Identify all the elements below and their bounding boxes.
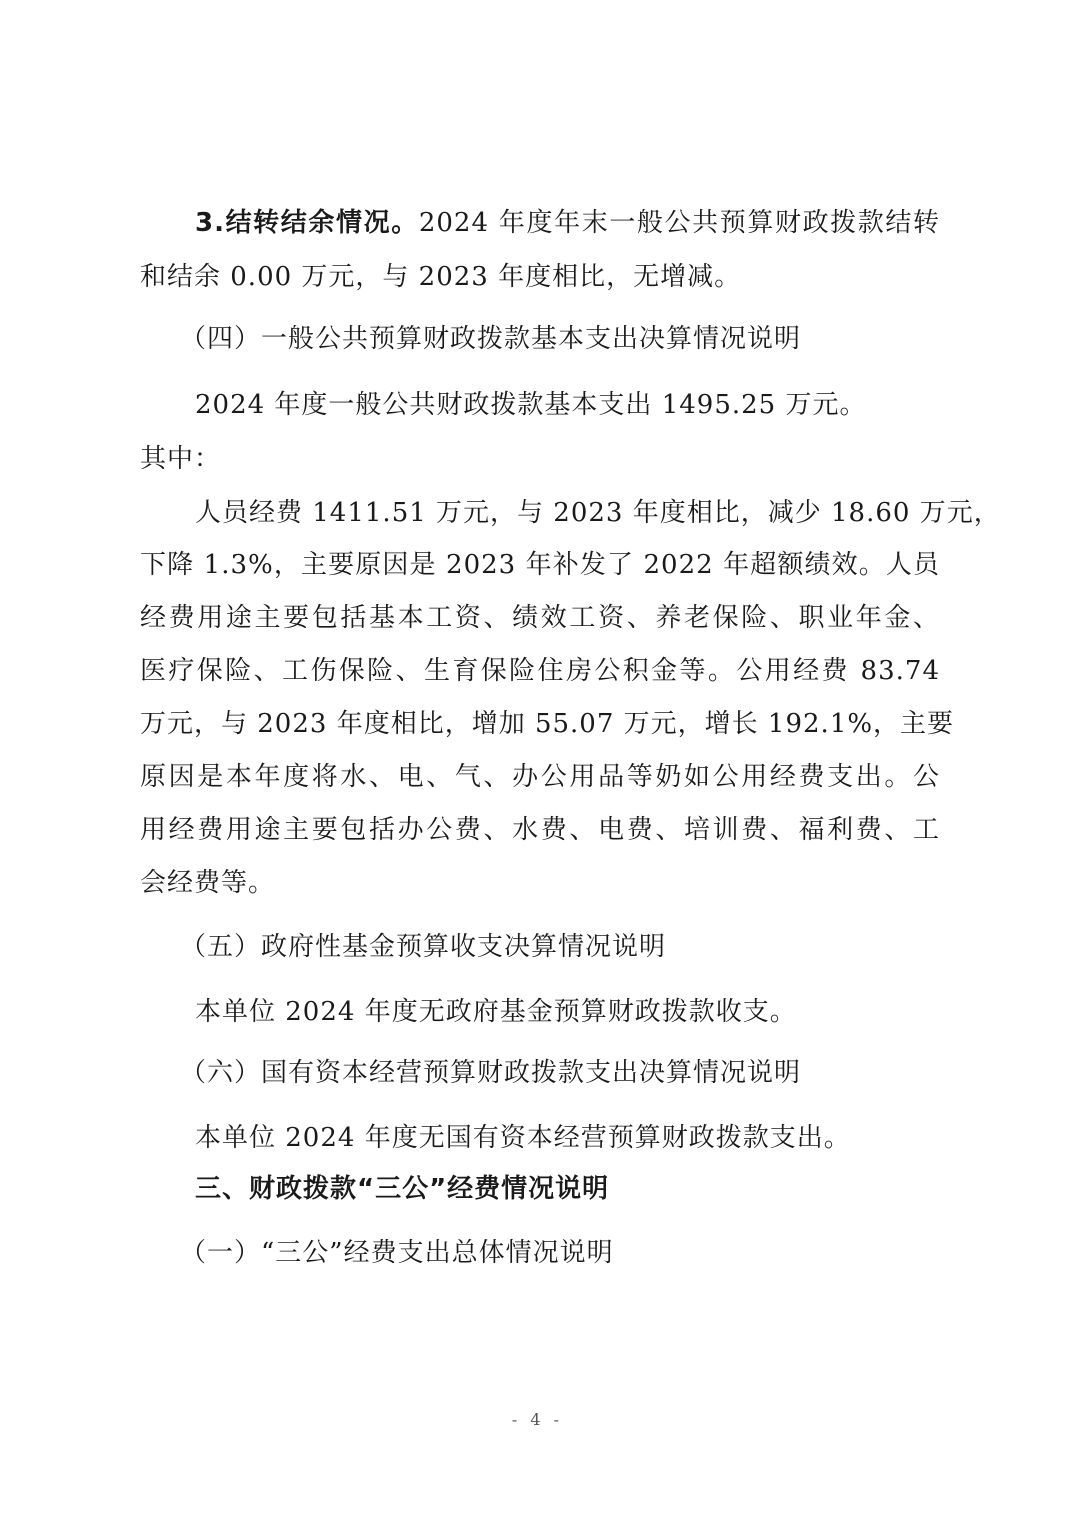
- carryover-text: 2024 年度年末一般公共预算财政拨款结转: [419, 208, 940, 238]
- carryover-lead-heading: 3.结转结余情况。: [195, 208, 419, 238]
- paragraph-line: 医疗保险、工伤保险、生育保险住房公积金等。公用经费 83.74: [140, 654, 940, 688]
- paragraph-line: 人员经费 1411.51 万元，与 2023 年度相比，减少 18.60 万元，: [195, 496, 940, 530]
- paragraph-line: 下降 1.3%，主要原因是 2023 年补发了 2022 年超额绩效。人员: [140, 548, 940, 582]
- document-page: 3.结转结余情况。2024 年度年末一般公共预算财政拨款结转 和结余 0.00 …: [0, 0, 1075, 1520]
- section-heading-5: （五）政府性基金预算收支决算情况说明: [180, 930, 980, 964]
- section-heading-3-1: （一）“三公”经费支出总体情况说明: [180, 1236, 980, 1270]
- paragraph-line: 原因是本年度将水、电、气、办公用品等奶如公用经费支出。公: [140, 760, 940, 794]
- paragraph-line: 其中：: [140, 442, 940, 476]
- paragraph-line: 和结余 0.00 万元，与 2023 年度相比，无增减。: [140, 260, 940, 294]
- section-heading-6: （六）国有资本经营预算财政拨款支出决算情况说明: [180, 1056, 980, 1090]
- chapter-heading-3: 三、财政拨款“三公”经费情况说明: [195, 1172, 940, 1206]
- paragraph-line: 用经费用途主要包括办公费、水费、电费、培训费、福利费、工: [140, 813, 940, 847]
- paragraph-line: 万元，与 2023 年度相比，增加 55.07 万元，增长 192.1%，主要: [140, 707, 940, 741]
- paragraph-line: 本单位 2024 年度无政府基金预算财政拨款收支。: [195, 995, 940, 1029]
- paragraph-line: 会经费等。: [140, 866, 940, 900]
- section-heading-4: （四）一般公共预算财政拨款基本支出决算情况说明: [180, 322, 980, 356]
- paragraph-line: 2024 年度一般公共财政拨款基本支出 1495.25 万元。: [195, 388, 940, 422]
- paragraph-carryover-line: 3.结转结余情况。2024 年度年末一般公共预算财政拨款结转: [195, 206, 940, 240]
- paragraph-line: 经费用途主要包括基本工资、绩效工资、养老保险、职业年金、: [140, 601, 940, 635]
- paragraph-line: 本单位 2024 年度无国有资本经营预算财政拨款支出。: [195, 1121, 940, 1155]
- page-number: - 4 -: [0, 1410, 1075, 1429]
